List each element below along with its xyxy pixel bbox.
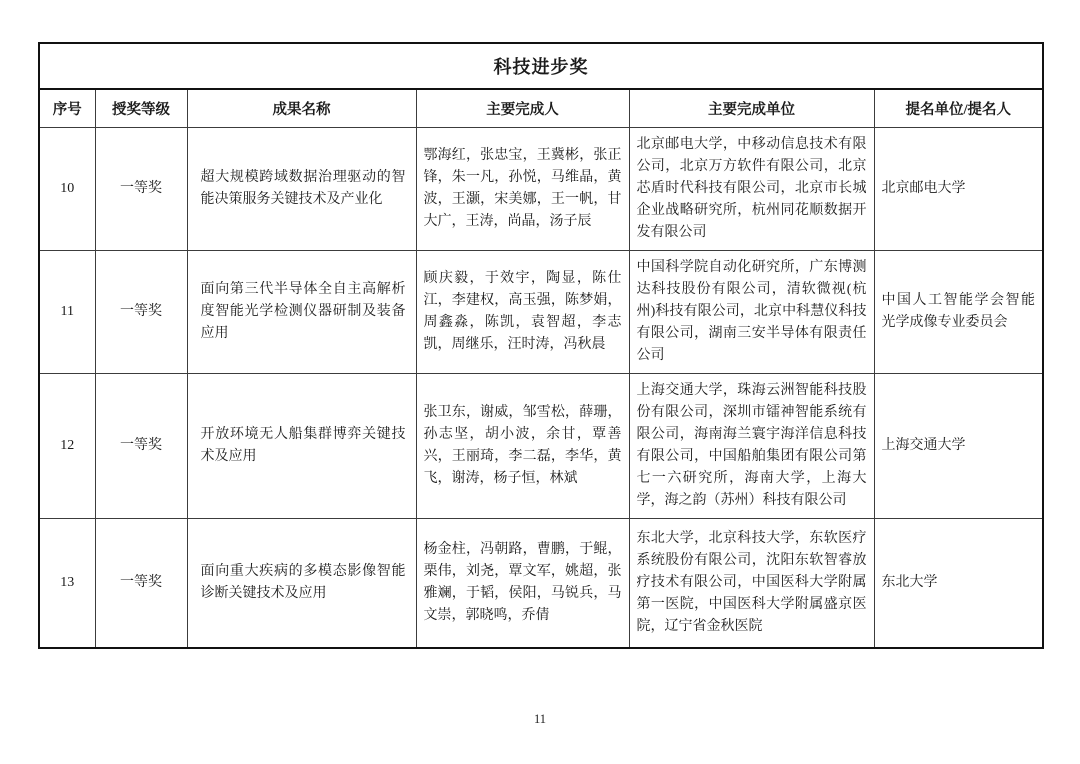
nominating-unit: 东北大学 <box>874 519 1043 649</box>
main-contributors: 张卫东，谢威，邹雪松，薛珊，孙志坚，胡小波，余甘，覃善兴，王丽琦，李二磊，李华，… <box>416 374 629 519</box>
column-header-achievement: 成果名称 <box>187 89 416 128</box>
nominating-unit: 北京邮电大学 <box>874 128 1043 251</box>
table-header-row: 序号 授奖等级 成果名称 主要完成人 主要完成单位 提名单位/提名人 <box>39 89 1043 128</box>
column-header-award-level: 授奖等级 <box>95 89 187 128</box>
serial-number: 13 <box>39 519 95 649</box>
document-page: 科技进步奖 序号 授奖等级 成果名称 主要完成人 主要完成单位 提名单位/提名人… <box>0 0 1080 764</box>
page-number: 11 <box>0 712 1080 727</box>
achievement-name: 开放环境无人船集群博弈关键技术及应用 <box>187 374 416 519</box>
table-row: 13 一等奖 面向重大疾病的多模态影像智能诊断关键技术及应用 杨金柱，冯朝路，曹… <box>39 519 1043 649</box>
main-organizations: 东北大学，北京科技大学，东软医疗系统股份有限公司，沈阳东软智睿放疗技术有限公司，… <box>629 519 874 649</box>
achievement-name: 面向第三代半导体全自主高解析度智能光学检测仪器研制及装备应用 <box>187 251 416 374</box>
serial-number: 10 <box>39 128 95 251</box>
award-level: 一等奖 <box>95 519 187 649</box>
column-header-organizations: 主要完成单位 <box>629 89 874 128</box>
table-row: 12 一等奖 开放环境无人船集群博弈关键技术及应用 张卫东，谢威，邹雪松，薛珊，… <box>39 374 1043 519</box>
serial-number: 12 <box>39 374 95 519</box>
column-header-nominator: 提名单位/提名人 <box>874 89 1043 128</box>
serial-number: 11 <box>39 251 95 374</box>
column-header-serial: 序号 <box>39 89 95 128</box>
main-contributors: 顾庆毅，于效宇，陶显，陈仕江，李建权，高玉强，陈梦娟，周鑫淼，陈凯，袁智超，李志… <box>416 251 629 374</box>
award-level: 一等奖 <box>95 128 187 251</box>
table-row: 11 一等奖 面向第三代半导体全自主高解析度智能光学检测仪器研制及装备应用 顾庆… <box>39 251 1043 374</box>
table-title: 科技进步奖 <box>39 43 1043 89</box>
table-title-row: 科技进步奖 <box>39 43 1043 89</box>
main-organizations: 北京邮电大学，中移动信息技术有限公司，北京万方软件有限公司，北京芯盾时代科技有限… <box>629 128 874 251</box>
main-organizations: 上海交通大学，珠海云洲智能科技股份有限公司，深圳市镭神智能系统有限公司，海南海兰… <box>629 374 874 519</box>
main-organizations: 中国科学院自动化研究所，广东博测达科技股份有限公司，清软微视(杭州)科技有限公司… <box>629 251 874 374</box>
achievement-name: 超大规模跨域数据治理驱动的智能决策服务关键技术及产业化 <box>187 128 416 251</box>
award-level: 一等奖 <box>95 251 187 374</box>
award-table: 科技进步奖 序号 授奖等级 成果名称 主要完成人 主要完成单位 提名单位/提名人… <box>38 42 1044 649</box>
achievement-name: 面向重大疾病的多模态影像智能诊断关键技术及应用 <box>187 519 416 649</box>
nominating-unit: 上海交通大学 <box>874 374 1043 519</box>
nominating-unit: 中国人工智能学会智能光学成像专业委员会 <box>874 251 1043 374</box>
table-row: 10 一等奖 超大规模跨域数据治理驱动的智能决策服务关键技术及产业化 鄂海红，张… <box>39 128 1043 251</box>
award-level: 一等奖 <box>95 374 187 519</box>
main-contributors: 杨金柱，冯朝路，曹鹏，于鲲，栗伟，刘尧，覃文军，姚超，张雅斓，于韬，侯阳，马锐兵… <box>416 519 629 649</box>
column-header-contributors: 主要完成人 <box>416 89 629 128</box>
main-contributors: 鄂海红，张忠宝，王冀彬，张正锋，朱一凡，孙悦，马维晶，黄波，王灏，宋美娜，王一帆… <box>416 128 629 251</box>
